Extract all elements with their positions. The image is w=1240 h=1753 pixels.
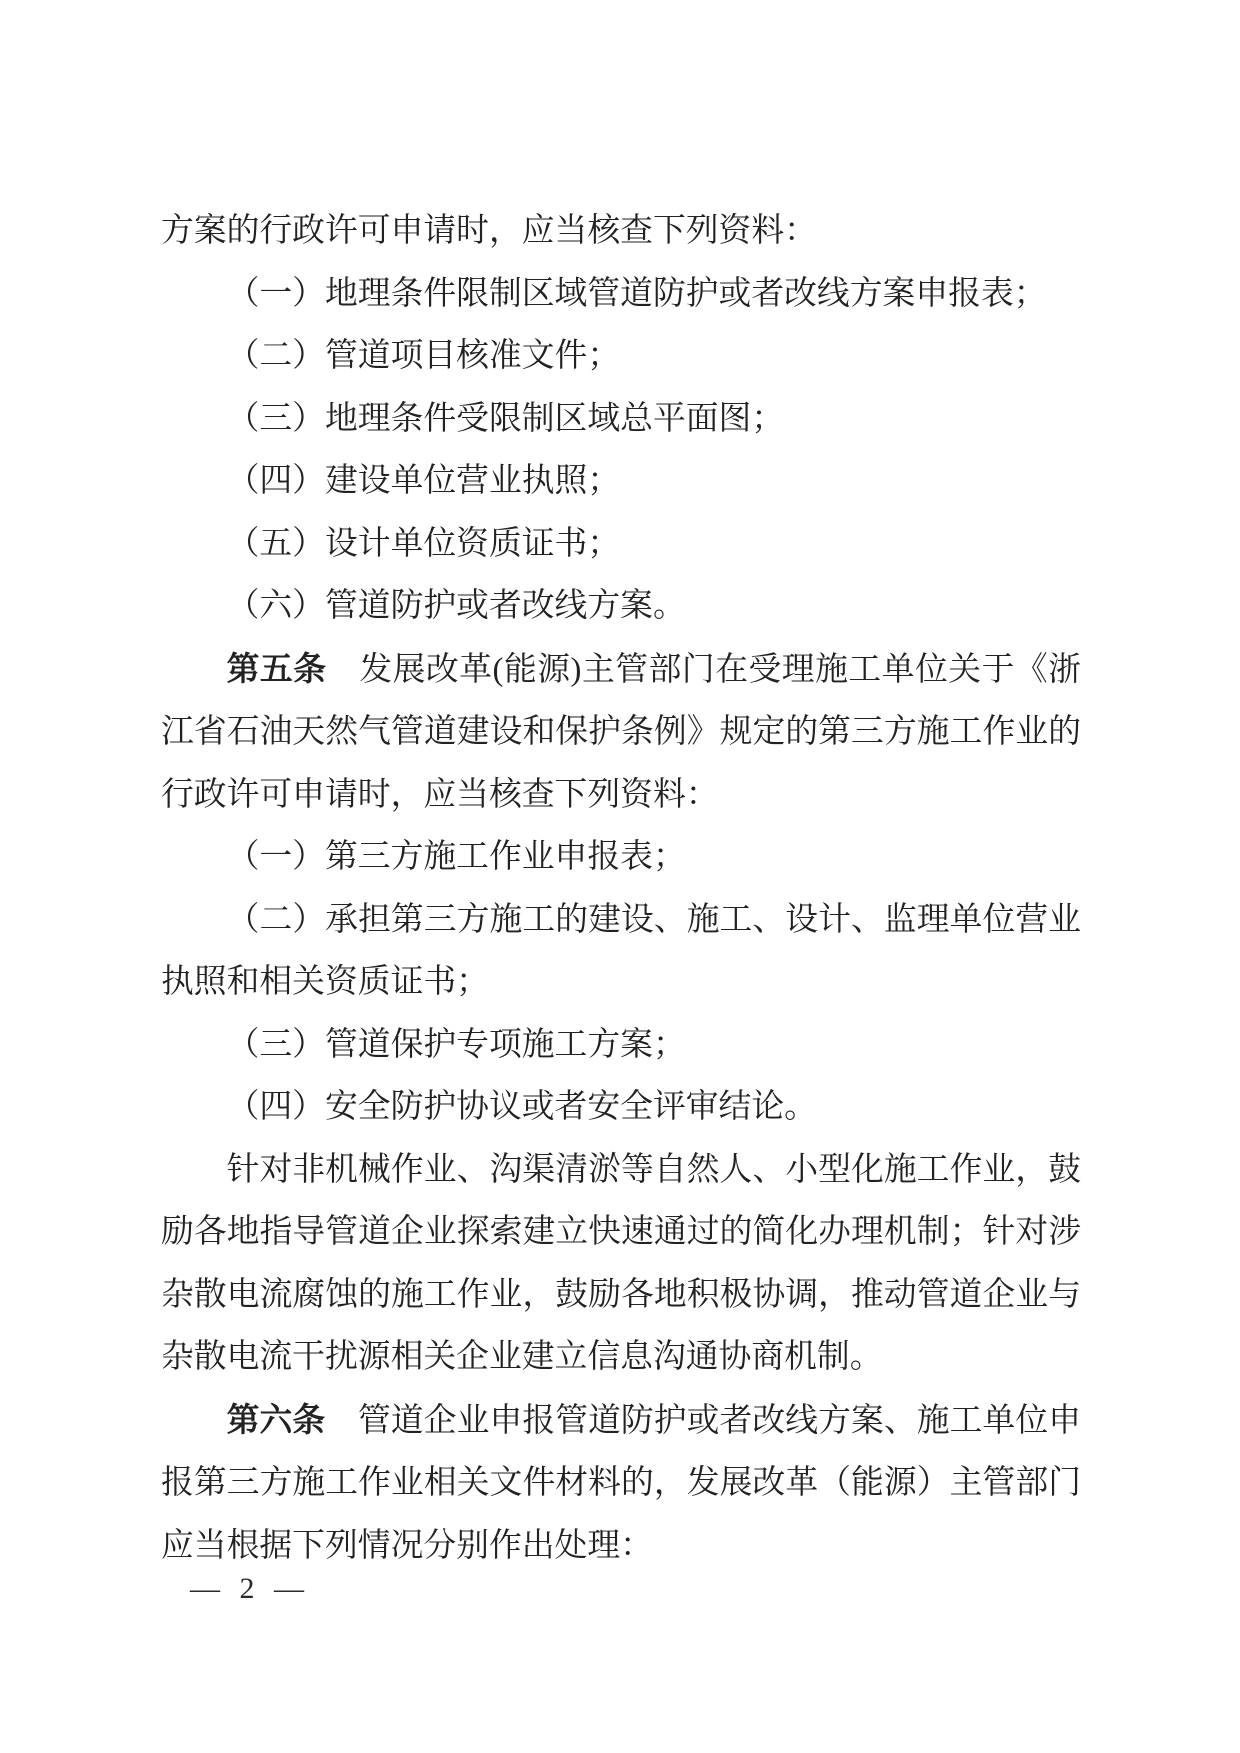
list-item-4: （四）建设单位营业执照； (161, 450, 1081, 513)
document-body: 方案的行政许可申请时，应当核查下列资料： （一）地理条件限制区域管道防护或者改线… (161, 200, 1081, 1577)
list-item-7: （一）第三方施工作业申报表； (161, 826, 1081, 889)
list-item-9: （三）管道保护专项施工方案； (161, 1014, 1081, 1077)
list-item-3: （三）地理条件受限制区域总平面图； (161, 388, 1081, 451)
article-6-paragraph: 第六条管道企业申报管道防护或者改线方案、施工单位申报第三方施工作业相关文件材料的… (161, 1389, 1081, 1578)
list-item-5: （五）设计单位资质证书； (161, 513, 1081, 576)
list-item-10: （四）安全防护协议或者安全评审结论。 (161, 1076, 1081, 1139)
article-5-number: 第五条 (227, 650, 327, 687)
document-page: 方案的行政许可申请时，应当核查下列资料： （一）地理条件限制区域管道防护或者改线… (0, 0, 1240, 1753)
list-item-2: （二）管道项目核准文件； (161, 325, 1081, 388)
list-item-6: （六）管道防护或者改线方案。 (161, 575, 1081, 638)
article-5-paragraph: 第五条发展改革(能源)主管部门在受理施工单位关于《浙江省石油天然气管道建设和保护… (161, 638, 1081, 827)
list-item-8: （二）承担第三方施工的建设、施工、设计、监理单位营业执照和相关资质证书； (161, 889, 1081, 1014)
page-number: — 2 — (190, 1572, 310, 1606)
list-item-1: （一）地理条件限制区域管道防护或者改线方案申报表； (161, 263, 1081, 326)
article-6-number: 第六条 (227, 1401, 326, 1438)
paragraph-continuation: 方案的行政许可申请时，应当核查下列资料： (161, 200, 1081, 263)
body-paragraph: 针对非机械作业、沟渠清淤等自然人、小型化施工作业，鼓励各地指导管道企业探索建立快… (161, 1139, 1081, 1389)
